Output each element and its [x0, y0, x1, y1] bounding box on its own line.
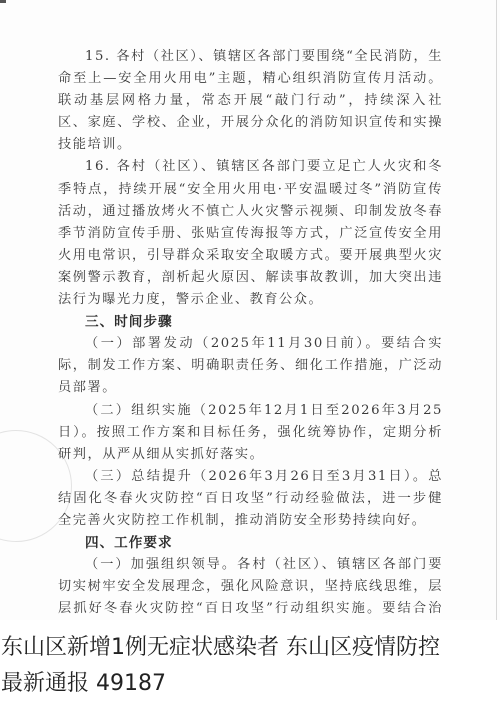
- section-heading-time-steps: 三、时间步骤: [58, 311, 443, 333]
- section-heading-work-requirements: 四、工作要求: [58, 532, 443, 554]
- paragraph-step-deploy: （一）部署发动（2025年11月30日前）。要结合实际，制发工作方案、明确职责任…: [58, 333, 443, 399]
- scanned-document-page: 15. 各村（社区）、镇辖区各部门要围绕“全民消防，生命至上—安全用火用电”主题…: [0, 0, 500, 620]
- scan-corner-mark: [0, 0, 6, 3]
- caption-line-2: 最新通报 49187: [0, 666, 500, 702]
- paragraph-item-15: 15. 各村（社区）、镇辖区各部门要围绕“全民消防，生命至上—安全用火用电”主题…: [58, 46, 443, 156]
- paragraph-step-implement: （二）组织实施（2025年12月1日至2026年3月25日）。按照工作方案和目标…: [58, 400, 443, 466]
- page-edge-line: [496, 0, 497, 620]
- image-caption: 东山区新增1例无症状感染者 东山区疫情防控 最新通报 49187: [0, 630, 500, 707]
- caption-line-1: 东山区新增1例无症状感染者 东山区疫情防控: [0, 630, 500, 666]
- document-body: 15. 各村（社区）、镇辖区各部门要围绕“全民消防，生命至上—安全用火用电”主题…: [58, 46, 443, 620]
- paragraph-requirement-leadership: （一）加强组织领导。各村（社区）、镇辖区各部门要切实树牢安全发展理念，强化风险意…: [58, 554, 443, 620]
- paragraph-step-summarize: （三）总结提升（2026年3月26日至3月31日）。总结固化冬春火灾防控“百日攻…: [58, 466, 443, 532]
- paragraph-item-16: 16. 各村（社区）、镇辖区各部门要立足亡人火灾和冬季特点，持续开展“安全用火用…: [58, 156, 443, 311]
